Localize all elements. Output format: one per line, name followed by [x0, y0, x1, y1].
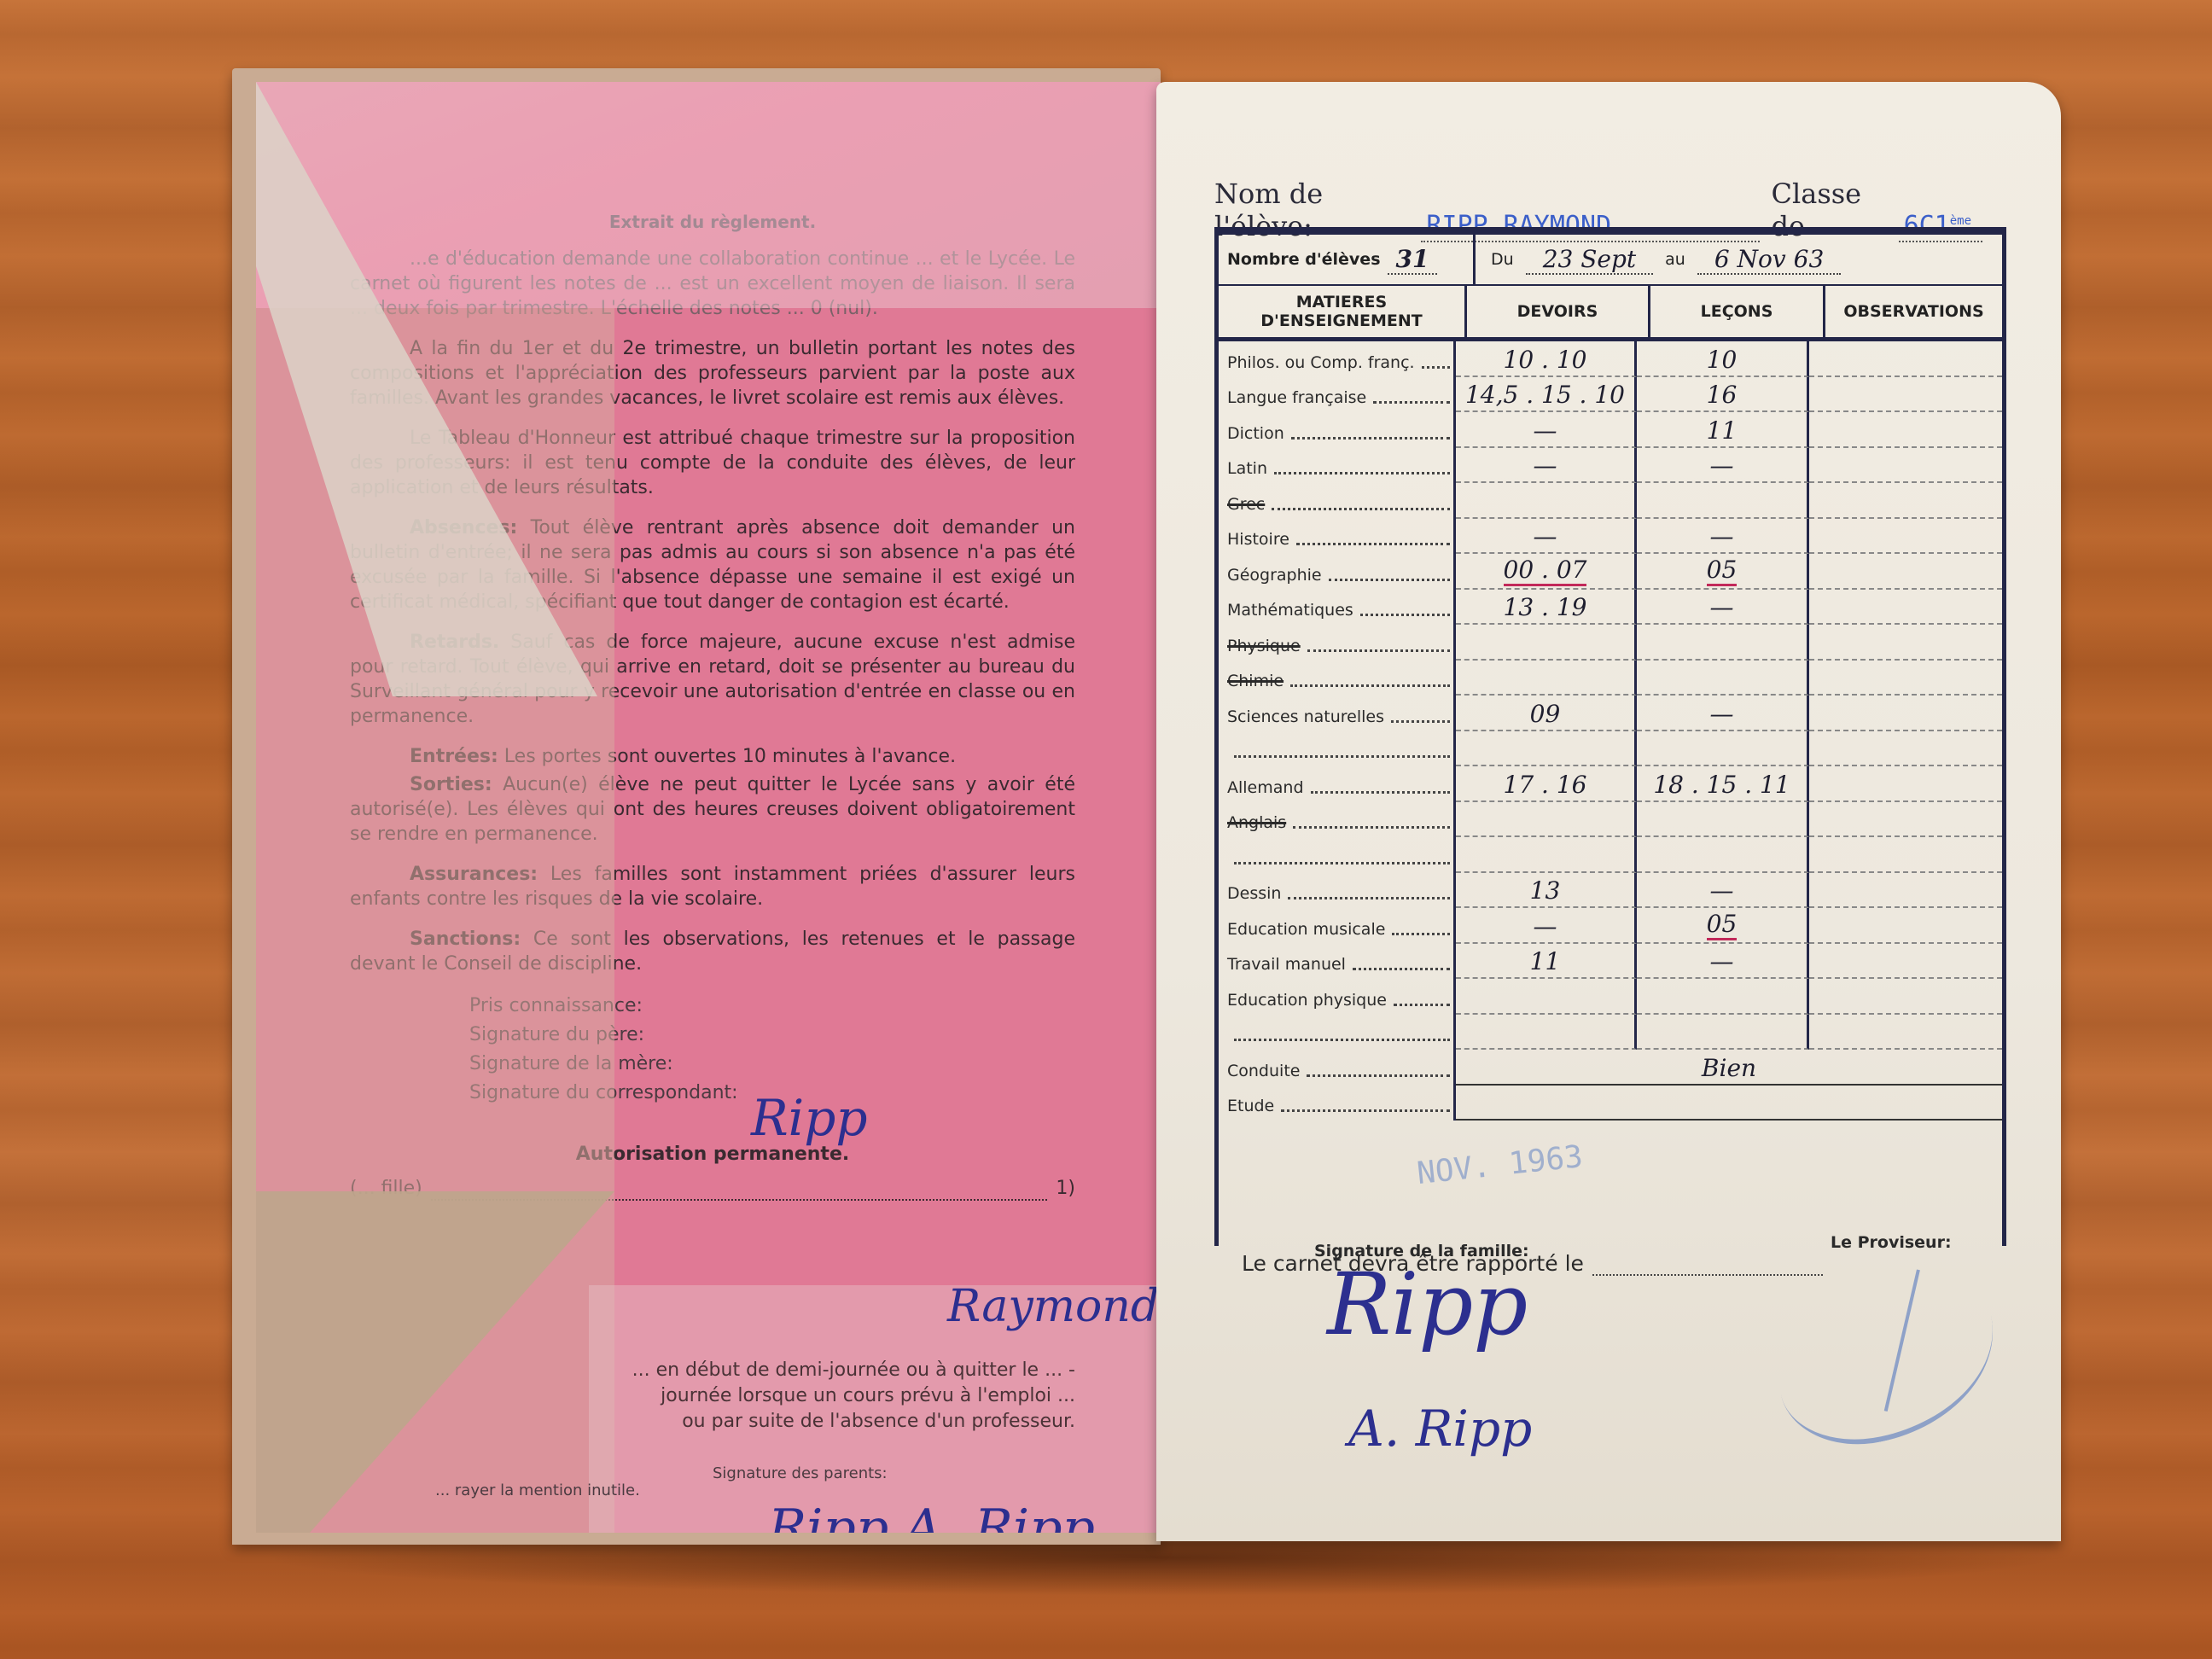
- parents-signature: Ripp A. Ripp: [768, 1499, 1095, 1533]
- principal-label: Le Proviseur:: [1831, 1233, 1952, 1252]
- dot-leader: [1234, 755, 1450, 758]
- subject-cell: Education musicale: [1219, 908, 1456, 944]
- observations-cell: [1809, 696, 2002, 731]
- devoirs-cell: [1456, 802, 1637, 838]
- assessment-cell: Bien: [1456, 1050, 2002, 1086]
- table-row: Latin——: [1219, 448, 2002, 484]
- devoirs-cell: 00 . 07: [1456, 554, 1637, 590]
- dot-leader: [1293, 826, 1450, 829]
- devoirs-cell: [1456, 837, 1637, 873]
- table-header: MATIERES D'ENSEIGNEMENT DEVOIRS LEÇONS O…: [1219, 286, 2002, 341]
- lecons-cell: —: [1637, 590, 1809, 626]
- devoirs-cell: 09: [1456, 696, 1637, 731]
- subject-cell: Conduite: [1219, 1050, 1456, 1086]
- subject-cell: Allemand: [1219, 766, 1456, 802]
- observations-cell: [1809, 837, 2002, 873]
- dot-leader: [1360, 614, 1450, 616]
- father-signature: Ripp: [751, 1089, 867, 1147]
- lecons-cell: —: [1637, 696, 1809, 731]
- subject-cell: Grec: [1219, 483, 1456, 519]
- observations-cell: [1809, 483, 2002, 519]
- devoirs-cell: —: [1456, 412, 1637, 448]
- subject-cell: Latin: [1219, 448, 1456, 484]
- subject-label: Education musicale: [1227, 920, 1385, 939]
- devoirs-cell: [1456, 625, 1637, 661]
- devoirs-cell: 14,5 . 15 . 10: [1456, 377, 1637, 413]
- footnote: ... rayer la mention inutile.: [435, 1481, 640, 1499]
- subject-label: Conduite: [1227, 1062, 1300, 1080]
- dot-leader: [1274, 472, 1450, 474]
- column-header-subjects: MATIERES D'ENSEIGNEMENT: [1219, 286, 1467, 337]
- subject-label: Etude: [1227, 1097, 1274, 1115]
- dot-leader: [1281, 1109, 1450, 1112]
- observations-cell: [1809, 979, 2002, 1015]
- from-label: Du: [1491, 250, 1514, 269]
- dot-leader: [1422, 366, 1450, 369]
- devoirs-cell: 13 . 19: [1456, 590, 1637, 626]
- subject-cell: Dessin: [1219, 873, 1456, 909]
- table-row: Diction—11: [1219, 412, 2002, 448]
- lecons-cell: [1637, 731, 1809, 767]
- subject-cell: Chimie: [1219, 661, 1456, 696]
- observations-cell: [1809, 554, 2002, 590]
- subject-cell: Sciences naturelles: [1219, 696, 1456, 731]
- column-header-devoirs: DEVOIRS: [1467, 286, 1650, 337]
- observations-cell: [1809, 873, 2002, 909]
- subject-label: Langue française: [1227, 388, 1366, 407]
- subject-label: Mathématiques: [1227, 601, 1353, 620]
- lecons-cell: 10: [1637, 341, 1809, 377]
- dot-leader: [1307, 1074, 1450, 1077]
- subject-cell: Géographie: [1219, 554, 1456, 590]
- observations-cell: [1809, 625, 2002, 661]
- dot-leader: [1329, 579, 1450, 581]
- student-count: Nombre d'élèves 31: [1219, 235, 1476, 284]
- table-row: Chimie: [1219, 661, 2002, 696]
- dot-leader: [1234, 862, 1450, 864]
- table-row: Anglais: [1219, 802, 2002, 838]
- observations-cell: [1809, 731, 2002, 767]
- lecons-cell: 18 . 15 . 11: [1637, 766, 1809, 802]
- table-row: Dessin13—: [1219, 873, 2002, 909]
- subject-label: Anglais: [1227, 813, 1286, 832]
- observations-cell: [1809, 766, 2002, 802]
- column-header-lecons: LEÇONS: [1650, 286, 1825, 337]
- devoirs-cell: 11: [1456, 944, 1637, 980]
- subject-label: Sciences naturelles: [1227, 707, 1384, 726]
- lecons-cell: [1637, 979, 1809, 1015]
- subject-label: Géographie: [1227, 566, 1322, 585]
- observations-cell: [1809, 661, 2002, 696]
- table-row: [1219, 731, 2002, 767]
- dot-leader: [1296, 543, 1450, 545]
- lecons-cell: [1637, 1015, 1809, 1051]
- observations-cell: [1809, 341, 2002, 377]
- devoirs-cell: 13: [1456, 873, 1637, 909]
- subject-cell: [1219, 1015, 1456, 1051]
- subject-cell: Philos. ou Comp. franç.: [1219, 341, 1456, 377]
- table-row: Géographie00 . 0705: [1219, 554, 2002, 590]
- parents-signature-label: Signature des parents:: [713, 1464, 888, 1482]
- lecons-cell: [1637, 802, 1809, 838]
- table-body: Philos. ou Comp. franç.10 . 1010Langue f…: [1219, 341, 2002, 1121]
- subject-label: Travail manuel: [1227, 955, 1346, 974]
- lecons-cell: —: [1637, 873, 1809, 909]
- subject-label: Diction: [1227, 424, 1284, 443]
- subject-label: Latin: [1227, 459, 1267, 478]
- devoirs-cell: [1456, 1015, 1637, 1051]
- observations-cell: [1809, 448, 2002, 484]
- table-row: Education musicale—05: [1219, 908, 2002, 944]
- table-row: [1219, 837, 2002, 873]
- period-range: Du 23 Sept au 6 Nov 63: [1476, 245, 2002, 275]
- observations-cell: [1809, 802, 2002, 838]
- table-row: Travail manuel11—: [1219, 944, 2002, 980]
- regulations-bottom-text: ... en début de demi-journée ou à quitte…: [632, 1358, 1075, 1435]
- subject-label: Dessin: [1227, 884, 1281, 903]
- table-row: Langue française14,5 . 15 . 1016: [1219, 377, 2002, 413]
- observations-cell: [1809, 944, 2002, 980]
- subject-cell: [1219, 837, 1456, 873]
- lecons-cell: 11: [1637, 412, 1809, 448]
- table-row: Sciences naturelles09—: [1219, 696, 2002, 731]
- table-row: Education physique: [1219, 979, 2002, 1015]
- subject-cell: Mathématiques: [1219, 590, 1456, 626]
- table-row: ConduiteBien: [1219, 1050, 2002, 1086]
- authorization-handwritten: Raymond: [947, 1281, 1159, 1332]
- from-value: 23 Sept: [1526, 245, 1653, 275]
- grades-table: Nombre d'élèves 31 Du 23 Sept au 6 Nov 6…: [1214, 227, 2006, 1246]
- dot-leader: [1353, 968, 1450, 970]
- subject-cell: Etude: [1219, 1086, 1456, 1121]
- table-row: Physique: [1219, 625, 2002, 661]
- observations-cell: [1809, 908, 2002, 944]
- subject-label: Education physique: [1227, 991, 1387, 1010]
- subject-cell: Diction: [1219, 412, 1456, 448]
- dot-leader: [1272, 508, 1450, 510]
- subject-cell: Histoire: [1219, 519, 1456, 555]
- devoirs-cell: —: [1456, 519, 1637, 555]
- subject-cell: [1219, 731, 1456, 767]
- table-row: Allemand17 . 1618 . 15 . 11: [1219, 766, 2002, 802]
- lecons-cell: —: [1637, 448, 1809, 484]
- subject-cell: Langue française: [1219, 377, 1456, 413]
- subject-label: Histoire: [1227, 530, 1289, 549]
- table-row: Grec: [1219, 483, 2002, 519]
- assessment-cell: [1456, 1086, 2002, 1121]
- tape-overlay-top: [256, 82, 1161, 308]
- to-label: au: [1665, 250, 1685, 269]
- family-signature-2: A. Ripp: [1348, 1400, 1532, 1458]
- authorization-note: 1): [1056, 1176, 1075, 1201]
- subject-cell: Anglais: [1219, 802, 1456, 838]
- dot-leader: [1394, 1004, 1450, 1006]
- subject-label: Philos. ou Comp. franç.: [1227, 353, 1415, 372]
- column-header-observations: OBSERVATIONS: [1825, 286, 2002, 337]
- devoirs-cell: 17 . 16: [1456, 766, 1637, 802]
- subject-cell: Education physique: [1219, 979, 1456, 1015]
- lecons-cell: [1637, 837, 1809, 873]
- count-label: Nombre d'élèves: [1227, 250, 1381, 269]
- dot-leader: [1234, 1039, 1450, 1041]
- family-signature: Ripp: [1327, 1254, 1528, 1354]
- devoirs-cell: 10 . 10: [1456, 341, 1637, 377]
- count-value: 31: [1388, 245, 1438, 275]
- observations-cell: [1809, 519, 2002, 555]
- subject-label: Chimie: [1227, 672, 1284, 690]
- dot-leader: [1288, 897, 1450, 899]
- devoirs-cell: [1456, 483, 1637, 519]
- table-row: Mathématiques13 . 19—: [1219, 590, 2002, 626]
- observations-cell: [1809, 590, 2002, 626]
- table-row: Etude: [1219, 1086, 2002, 1121]
- dot-leader: [1373, 401, 1450, 404]
- table-row: [1219, 1015, 2002, 1051]
- subject-label: Allemand: [1227, 778, 1304, 797]
- left-page-regulations: Extrait du règlement. ...e d'éducation d…: [256, 82, 1161, 1533]
- table-row: Philos. ou Comp. franç.10 . 1010: [1219, 341, 2002, 377]
- dot-leader: [1290, 684, 1450, 687]
- lecons-cell: 05: [1637, 554, 1809, 590]
- subject-label: Physique: [1227, 637, 1301, 655]
- devoirs-cell: —: [1456, 448, 1637, 484]
- lecons-cell: 16: [1637, 377, 1809, 413]
- observations-cell: [1809, 377, 2002, 413]
- lecons-cell: —: [1637, 519, 1809, 555]
- subject-cell: Physique: [1219, 625, 1456, 661]
- subject-label: Grec: [1227, 495, 1265, 514]
- period-row: Nombre d'élèves 31 Du 23 Sept au 6 Nov 6…: [1219, 235, 2002, 286]
- lecons-cell: [1637, 483, 1809, 519]
- dot-leader: [1311, 791, 1451, 794]
- observations-cell: [1809, 1015, 2002, 1051]
- table-row: Histoire——: [1219, 519, 2002, 555]
- dot-leader: [1307, 649, 1450, 652]
- observations-cell: [1809, 412, 2002, 448]
- lecons-cell: [1637, 661, 1809, 696]
- devoirs-cell: [1456, 661, 1637, 696]
- dot-leader: [1391, 720, 1450, 723]
- dot-leader: [1291, 437, 1450, 439]
- lecons-cell: 05: [1637, 908, 1809, 944]
- devoirs-cell: [1456, 979, 1637, 1015]
- subject-cell: Travail manuel: [1219, 944, 1456, 980]
- lecons-cell: [1637, 625, 1809, 661]
- devoirs-cell: —: [1456, 908, 1637, 944]
- devoirs-cell: [1456, 731, 1637, 767]
- return-date-field: [1592, 1255, 1823, 1276]
- to-value: 6 Nov 63: [1697, 245, 1841, 275]
- lecons-cell: —: [1637, 944, 1809, 980]
- dot-leader: [1392, 933, 1450, 935]
